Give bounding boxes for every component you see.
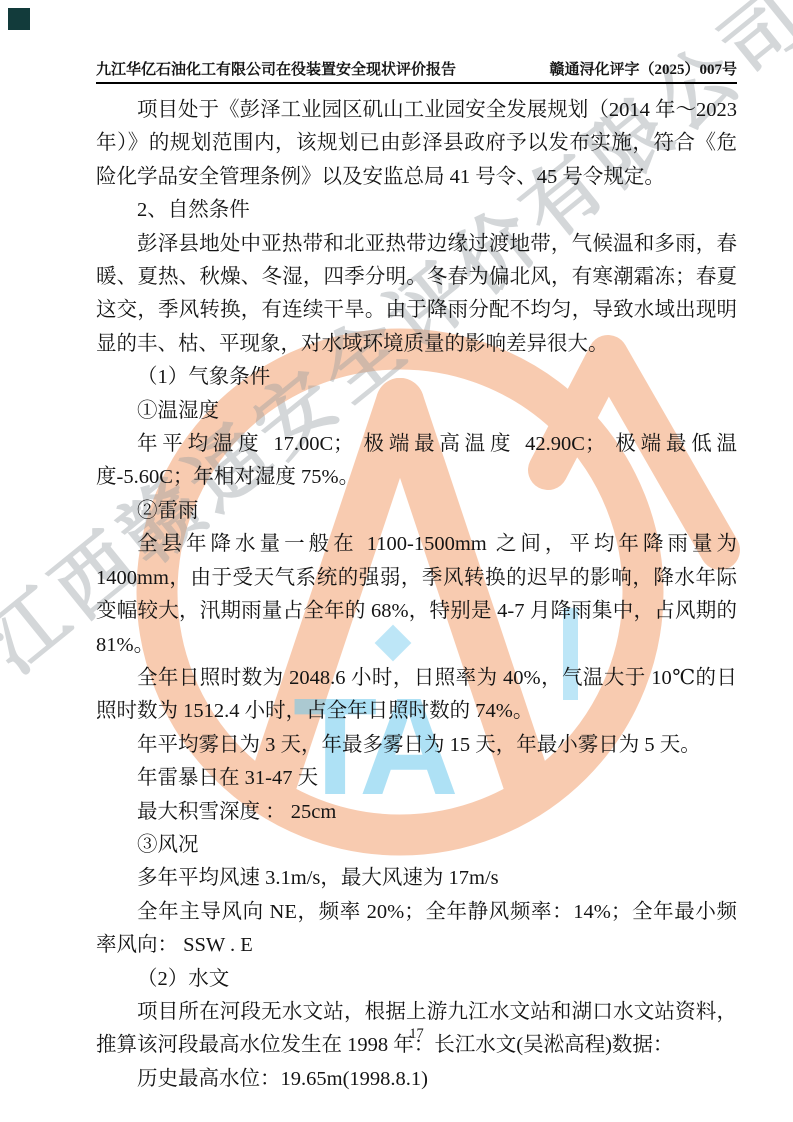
document-body: 项目处于《彭泽工业园区矶山工业园安全发展规划（2014 年～2023 年）》的规… bbox=[96, 94, 737, 1096]
para-rainfall-data: 全县年降水量一般在 1100-1500mm 之间，平均年降雨量为 1400mm，… bbox=[96, 528, 737, 662]
para-fog-days: 年平均雾日为 3 天，年最多雾日为 15 天，年最小雾日为 5 天。 bbox=[96, 729, 737, 762]
para-wind-direction: 全年主导风向 NE，频率 20%；全年静风频率：14%；全年最小频率风向： SS… bbox=[96, 896, 737, 963]
header-doc-number: 赣通浔化评字（2025）007号 bbox=[549, 58, 737, 79]
para-highest-water-level: 历史最高水位：19.65m(1998.8.1) bbox=[96, 1063, 737, 1096]
scan-corner-mark bbox=[8, 8, 30, 30]
para-planning-scope: 项目处于《彭泽工业园区矶山工业园安全发展规划（2014 年～2023 年）》的规… bbox=[96, 94, 737, 194]
para-temperature-data: 年平均温度 17.00C； 极端最高温度 42.90C； 极端最低温度-5.60… bbox=[96, 428, 737, 495]
page-number: 17 bbox=[96, 1026, 737, 1043]
heading-thunder-rain: ②雷雨 bbox=[96, 495, 737, 528]
para-wind-speed: 多年平均风速 3.1m/s，最大风速为 17m/s bbox=[96, 862, 737, 895]
para-thunderstorm-days: 年雷暴日在 31-47 天 bbox=[96, 762, 737, 795]
heading-meteorological: （1）气象条件 bbox=[96, 361, 737, 394]
heading-temp-humidity: ①温湿度 bbox=[96, 395, 737, 428]
header-report-title: 九江华亿石油化工有限公司在役装置安全现状评价报告 bbox=[96, 58, 456, 79]
para-snow-depth: 最大积雪深度 ： 25cm bbox=[96, 796, 737, 829]
heading-hydrology: （2）水文 bbox=[96, 963, 737, 996]
document-page: 江西赣通安全评价有限公司 TA 九江华亿石油化工有限公司在役装置安全现状评价报告… bbox=[0, 0, 793, 1122]
page-header: 九江华亿石油化工有限公司在役装置安全现状评价报告 赣通浔化评字（2025）007… bbox=[96, 58, 737, 84]
heading-natural-conditions: 2、自然条件 bbox=[96, 194, 737, 227]
heading-wind-condition: ③风况 bbox=[96, 829, 737, 862]
para-climate-overview: 彭泽县地处中亚热带和北亚热带边缘过渡地带，气候温和多雨，春暖、夏热、秋燥、冬湿，… bbox=[96, 228, 737, 362]
para-sunshine-data: 全年日照时数为 2048.6 小时，日照率为 40%，气温大于 10℃的日照时数… bbox=[96, 662, 737, 729]
